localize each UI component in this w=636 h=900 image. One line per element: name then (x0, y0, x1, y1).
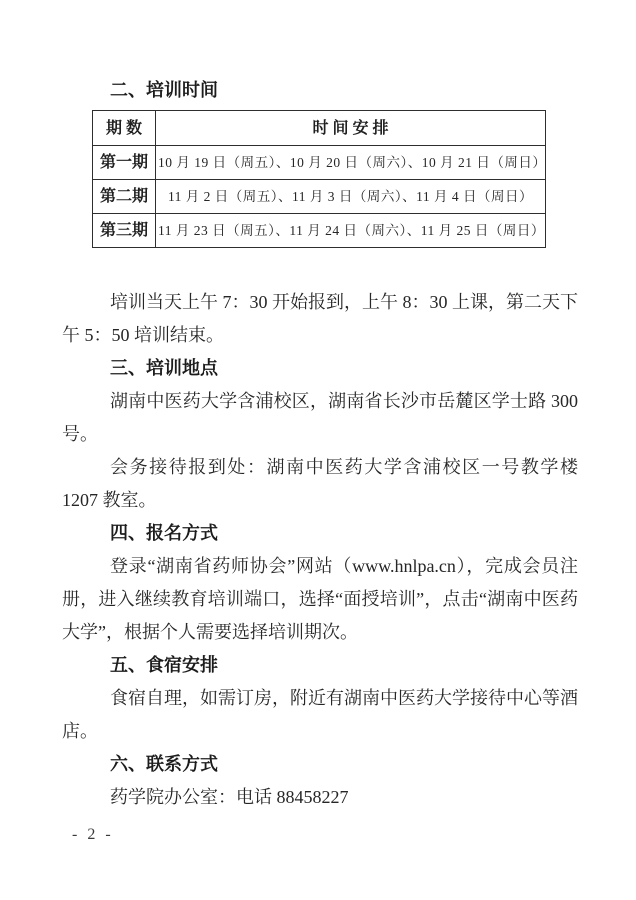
paragraph-contact-detail: 药学院办公室：电话 88458227 (62, 781, 578, 814)
training-schedule-table: 期 数 时 间 安 排 第一期 10 月 19 日（周五）、10 月 20 日（… (92, 110, 546, 248)
page-number: - 2 - (72, 826, 114, 844)
section-heading-registration: 四、报名方式 (62, 517, 578, 550)
paragraph-training-time-detail: 培训当天上午 7：30 开始报到，上午 8：30 上课，第二天下午 5：50 培… (62, 286, 578, 352)
table-header-row: 期 数 时 间 安 排 (93, 111, 546, 146)
period-cell: 第二期 (93, 180, 156, 214)
paragraph-location-address: 湖南中医药大学含浦校区，湖南省长沙市岳麓区学士路 300 号。 (62, 385, 578, 451)
section-heading-accommodation: 五、食宿安排 (62, 649, 578, 682)
schedule-cell: 11 月 2 日（周五）、11 月 3 日（周六）、11 月 4 日（周日） (156, 180, 546, 214)
document-content: 二、培训时间 期 数 时 间 安 排 第一期 10 月 19 日（周五）、10 … (62, 74, 578, 814)
section-heading-training-time: 二、培训时间 (62, 74, 578, 107)
table-row: 第三期 11 月 23 日（周五）、11 月 24 日（周六）、11 月 25 … (93, 214, 546, 248)
table-row: 第二期 11 月 2 日（周五）、11 月 3 日（周六）、11 月 4 日（周… (93, 180, 546, 214)
column-header-schedule: 时 间 安 排 (156, 111, 546, 146)
schedule-cell: 11 月 23 日（周五）、11 月 24 日（周六）、11 月 25 日（周日… (156, 214, 546, 248)
document-page: 二、培训时间 期 数 时 间 安 排 第一期 10 月 19 日（周五）、10 … (0, 0, 636, 900)
schedule-cell: 10 月 19 日（周五）、10 月 20 日（周六）、10 月 21 日（周日… (156, 146, 546, 180)
paragraph-accommodation-detail: 食宿自理，如需订房，附近有湖南中医药大学接待中心等酒店。 (62, 682, 578, 748)
table-row: 第一期 10 月 19 日（周五）、10 月 20 日（周六）、10 月 21 … (93, 146, 546, 180)
column-header-period: 期 数 (93, 111, 156, 146)
section-heading-location: 三、培训地点 (62, 352, 578, 385)
period-cell: 第三期 (93, 214, 156, 248)
paragraph-registration-detail: 登录“湖南省药师协会”网站（www.hnlpa.cn），完成会员注册，进入继续教… (62, 550, 578, 649)
section-heading-contact: 六、联系方式 (62, 748, 578, 781)
period-cell: 第一期 (93, 146, 156, 180)
paragraph-reception-desk: 会务接待报到处：湖南中医药大学含浦校区一号教学楼 1207 教室。 (62, 451, 578, 517)
